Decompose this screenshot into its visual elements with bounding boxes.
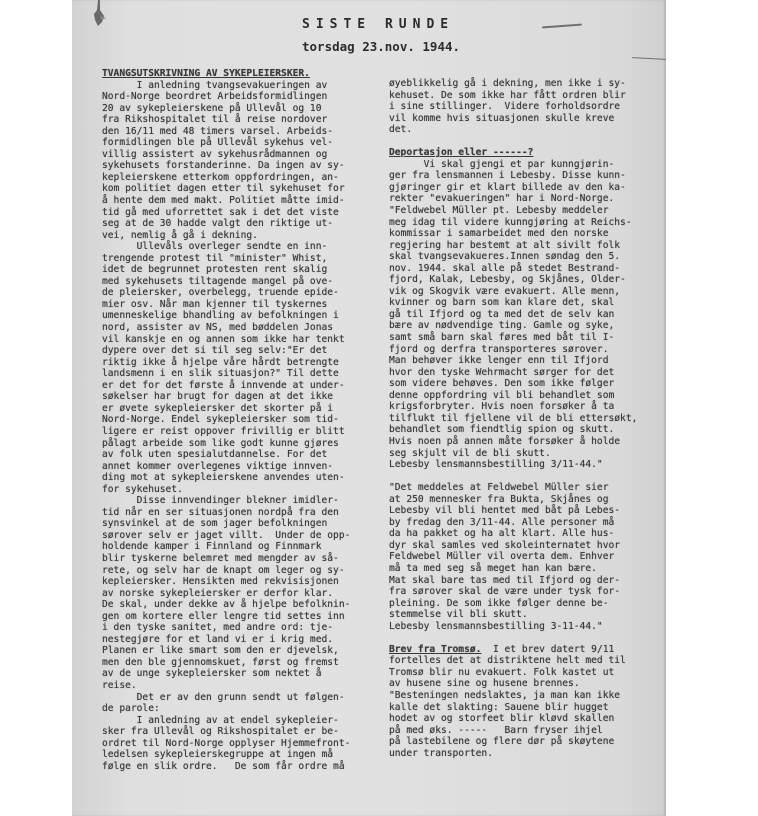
text-line: hvor den tyske Wehrmacht sørger for det bbox=[389, 367, 669, 379]
text-line: seg at de 30 hadde valgt den riktige ut- bbox=[102, 218, 382, 230]
text-line: Nord-Norge. Endel sykepleiersker som tid… bbox=[102, 414, 382, 426]
text-line: "Det meddeles at Feldwebel Müller sier bbox=[389, 482, 669, 494]
text-line: tid gå med uforrettet sak i det det vist… bbox=[102, 207, 382, 219]
text-line: at 250 mennesker fra Bukta, Skjånes og bbox=[389, 494, 669, 506]
text-line: skal tvangsevakueres.Innen søndag den 5. bbox=[389, 251, 669, 263]
text-line: nord, assister av NS, med bøddelen Jonas bbox=[102, 322, 382, 334]
text-line: søkelser har brugt for dagen at det ikke bbox=[102, 391, 382, 403]
second-notice-body: "Det meddeles at Feldwebel Müller sierat… bbox=[389, 482, 669, 632]
article-heading: TVANGSUTSKRIVNING AV SYKEPLEIERSKER. bbox=[102, 68, 382, 80]
article-continuation: øyeblikkelig gå i dekning, men ikke i sy… bbox=[389, 78, 669, 136]
text-line: fjord, Kalak, Lebesby, og Skjånes, Older… bbox=[389, 274, 669, 286]
text-line: sker fra Ullevål og Rikshospitalet er be… bbox=[102, 726, 382, 738]
text-line: "Feldwebel Müller pt. Lebesby meddeler bbox=[389, 205, 669, 217]
text-line: på lastebilene og flere dør på skøytene bbox=[389, 736, 669, 748]
text-line: fra sørover skal de være under tysk for- bbox=[389, 586, 669, 598]
text-line: holdende kamper i Finnland og Finnmark bbox=[102, 541, 382, 553]
text-line: vik og Skogvik være evakuert. Alle menn, bbox=[389, 286, 669, 298]
text-line: nestegjøre for et land vi er i krig med. bbox=[102, 634, 382, 646]
text-line: av husene sine og husene brennes. bbox=[389, 678, 669, 690]
right-column: øyeblikkelig gå i dekning, men ikke i sy… bbox=[389, 78, 669, 759]
text-line: seg skjult vil de bli skutt. bbox=[389, 448, 669, 460]
text-line: kepleiersker. Hensikten med rekvisisjone… bbox=[102, 576, 382, 588]
text-line: kvinner og barn som kan klare det, skal bbox=[389, 297, 669, 309]
pen-stroke bbox=[542, 24, 582, 29]
text-line: Lebesby lensmannsbestilling 3-11-44." bbox=[389, 621, 669, 633]
text-line: under transporten. bbox=[389, 748, 669, 760]
text-line: hodet av og storfeet blir kløvd skallen bbox=[389, 713, 669, 725]
document-page: SISTE RUNDE torsdag 23.nov. 1944. TVANGS… bbox=[72, 0, 666, 816]
text-line: dypere over det si til seg selv:"Er det bbox=[102, 345, 382, 357]
left-column: TVANGSUTSKRIVNING AV SYKEPLEIERSKER. I a… bbox=[102, 68, 382, 772]
text-line: reise. bbox=[102, 680, 382, 692]
text-line: formidlingen ble på Ullevål sykehus vel- bbox=[102, 137, 382, 149]
text-line: mier osv. Når man kjenner til tyskernes bbox=[102, 299, 382, 311]
text-line: kalle det slakting: Sauene blir hugget bbox=[389, 702, 669, 714]
text-line: i sine stillinger. Videre forholdsordre bbox=[389, 101, 669, 113]
text-line: rete, og selv har de knapt om leger og s… bbox=[102, 565, 382, 577]
text-line: sykehusets forstanderinne. Da ingen av s… bbox=[102, 160, 382, 172]
text-line: av norske sykepleiersker er derfor klar. bbox=[102, 588, 382, 600]
text-line: idet de begrunnet protesten rent skalig bbox=[102, 264, 382, 276]
text-line: Disse innvendinger blekner imidler- bbox=[102, 495, 382, 507]
text-line: tid når en ser situasjonen nordpå fra de… bbox=[102, 507, 382, 519]
text-line: den 16/11 med 48 timers varsel. Arbeids- bbox=[102, 126, 382, 138]
text-line: av folk uten spesialutdannelse. For det bbox=[102, 449, 382, 461]
text-line: Man behøver ikke lenger enn til Ifjord bbox=[389, 355, 669, 367]
text-line: som videre behøves. Den som ikke følger bbox=[389, 378, 669, 390]
text-line: riktig ikke å hjelpe våre hårdt betrengt… bbox=[102, 357, 382, 369]
text-line: Lebesby vil bli hentet med båt på Lebes- bbox=[389, 505, 669, 517]
text-line: samt små barn skal føres med båt til I- bbox=[389, 332, 669, 344]
pen-stroke bbox=[632, 57, 666, 60]
text-line: fra Rikshospitalet til å reise nordover bbox=[102, 114, 382, 126]
tromso-first-line: Brev fra Tromsø. I et brev datert 9/11 bbox=[389, 644, 669, 656]
text-line: fjord og derfra transporteres sørover. bbox=[389, 344, 669, 356]
newspaper-title: SISTE RUNDE bbox=[302, 17, 454, 32]
text-line: nov. 1944. skal alle på stedet Bestrand- bbox=[389, 263, 669, 275]
text-line: vei, nemlig å gå i dekning. bbox=[102, 230, 382, 242]
text-line: behandlet som fiendtlig spion og skutt. bbox=[389, 424, 669, 436]
text-line: dyr skal samles ved skoleinternatet hvor bbox=[389, 540, 669, 552]
text-line: kepleierskene etterkom oppfordringen, an… bbox=[102, 172, 382, 184]
text-line: Mat skal bare tas med til Ifjord og der- bbox=[389, 575, 669, 587]
article-body: I anledning tvangsevakueringen avNord-No… bbox=[102, 80, 382, 773]
text-line: på med øks. ----- Barn fryser ihjel bbox=[389, 725, 669, 737]
text-line: blir tyskerne belemret med mengder av så… bbox=[102, 553, 382, 565]
text-line: Tromsø blir nu evakuert. Folk kastet ut bbox=[389, 667, 669, 679]
text-line: må ta med seg så meget han kan bære. bbox=[389, 563, 669, 575]
section-heading-tromso: Brev fra Tromsø. bbox=[389, 644, 481, 655]
text-line: da ha pakket og ha alt klart. Alle hus- bbox=[389, 528, 669, 540]
text-line: i den tyske sanitet, med andre ord: tje- bbox=[102, 622, 382, 634]
tromso-body: fortelles det at distriktene helt med ti… bbox=[389, 655, 669, 759]
text-line: det. bbox=[389, 124, 669, 136]
text-line: Planen er like smart som den er djevelsk… bbox=[102, 645, 382, 657]
deportation-body: Vi skal gjengi et par kunngjørin-ger fra… bbox=[389, 159, 669, 471]
text-line: ger fra lensmannen i Lebesby. Disse kunn… bbox=[389, 170, 669, 182]
text-line: Lebesby lensmannsbestilling 3/11-44." bbox=[389, 459, 669, 471]
text-line: rekter "evakueringen" har i Nord-Norge. bbox=[389, 193, 669, 205]
text-line: krigsforbryter. Hvis noen forsøker å ta bbox=[389, 401, 669, 413]
text-line: gen om kortere eller lengre tid settes i… bbox=[102, 611, 382, 623]
text-line: sørover selv er jaget villt. Under de op… bbox=[102, 530, 382, 542]
text-line: meg idag til videre kunngjøring at Reich… bbox=[389, 217, 669, 229]
text-line: kehuset. De som ikke har fått ordren bli… bbox=[389, 90, 669, 102]
text-line: vil kanskje en og annen som ikke har ten… bbox=[102, 334, 382, 346]
text-line: gå til Ifjord og ta med det de selv kan bbox=[389, 309, 669, 321]
text-line: umenneskelige bhandling av befolkningen … bbox=[102, 310, 382, 322]
text-line: I anledning tvangsevakueringen av bbox=[102, 80, 382, 92]
text-line: trengende protest til "minister" Whist, bbox=[102, 253, 382, 265]
text-line: tilflukt til fjellene vil de bli ettersø… bbox=[389, 413, 669, 425]
text-line: men den ble gjennomskuet, først og frems… bbox=[102, 657, 382, 669]
text-line: de parole: bbox=[102, 703, 382, 715]
text-line: regjering har bestemt at alt sivilt folk bbox=[389, 240, 669, 252]
text-line: ledelsen sykepleierskegruppe at ingen må bbox=[102, 749, 382, 761]
text-line: fortelles det at distriktene helt med ti… bbox=[389, 655, 669, 667]
text-line: av de unge sykepleiersker som nektet å bbox=[102, 668, 382, 680]
text-line: villig assistert av sykehusrådmannen og bbox=[102, 149, 382, 161]
text-line: ding mot at sykepleierskene anvendes ute… bbox=[102, 472, 382, 484]
text-line: Feldwebel Müller vil overta dem. Enhver bbox=[389, 551, 669, 563]
text-line: å hente dem med makt. Politiet måtte imi… bbox=[102, 195, 382, 207]
text-line: Vi skal gjengi et par kunngjørin- bbox=[389, 159, 669, 171]
text-line: Hvis noen på annen måte forsøker å holde bbox=[389, 436, 669, 448]
text-line: pålagt arbeide som like godt kunne gjøre… bbox=[102, 438, 382, 450]
text-line: er øvete sykepleiersker det skorter på i bbox=[102, 403, 382, 415]
text-line: 20 av sykepleierskene på Ullevål og 10 bbox=[102, 103, 382, 115]
text-line: annet kommer overlegenes viktige innven- bbox=[102, 461, 382, 473]
ink-blot-icon bbox=[92, 0, 106, 28]
text-line: stemmelse vil bli skutt. bbox=[389, 609, 669, 621]
text-line: by fredag den 3/11-44. Alle personer må bbox=[389, 517, 669, 529]
section-heading-deportation: Deportasjon eller ------? bbox=[389, 147, 669, 159]
text-line: med sykehusets tiltagende mangel på ove- bbox=[102, 276, 382, 288]
text-line: Ullevåls overleger sendte en inn- bbox=[102, 241, 382, 253]
text-line: bære av nødvendige ting. Gamle og syke, bbox=[389, 320, 669, 332]
text-line: gjøringer gir et klart billede av den ka… bbox=[389, 182, 669, 194]
text-line: ordret til Nord-Norge opplyser Hjemmefro… bbox=[102, 738, 382, 750]
text-line: øyeblikkelig gå i dekning, men ikke i sy… bbox=[389, 78, 669, 90]
text-line: landsmenn i en slik situasjon?" Til dett… bbox=[102, 368, 382, 380]
text-line: Nord-Norge beordret Arbeidsformidlingen bbox=[102, 91, 382, 103]
text-line: pleining. De som ikke følger denne be- bbox=[389, 598, 669, 610]
text-line: for sykehuset. bbox=[102, 484, 382, 496]
text-line: vil komme hvis situasjonen skulle kreve bbox=[389, 113, 669, 125]
issue-date: torsdag 23.nov. 1944. bbox=[302, 39, 460, 54]
text-line: denne oppfordring vil bli behandlet som bbox=[389, 390, 669, 402]
text-line: følge en slik ordre. De som får ordre må bbox=[102, 761, 382, 773]
text-line: I anledning av at endel sykepleier- bbox=[102, 715, 382, 727]
text-line: De skal, under dekke av å hjelpe befolkn… bbox=[102, 599, 382, 611]
text-line: "Besteningen nedslaktes, ja man kan ikke bbox=[389, 690, 669, 702]
text-line: er det for det første å innvende at unde… bbox=[102, 380, 382, 392]
text-line: Det er av den grunn sendt ut følgen- bbox=[102, 692, 382, 704]
text-line: ligere er reist oppover frivillig er bli… bbox=[102, 426, 382, 438]
text-line: kom politiet dagen etter til sykehuset f… bbox=[102, 183, 382, 195]
text-line: de pleiersker, overbelegg, truende epide… bbox=[102, 287, 382, 299]
text-line: synsvinkel at de som jager befolkningen bbox=[102, 518, 382, 530]
text-line: kommissar i samarbeidet med den norske bbox=[389, 228, 669, 240]
